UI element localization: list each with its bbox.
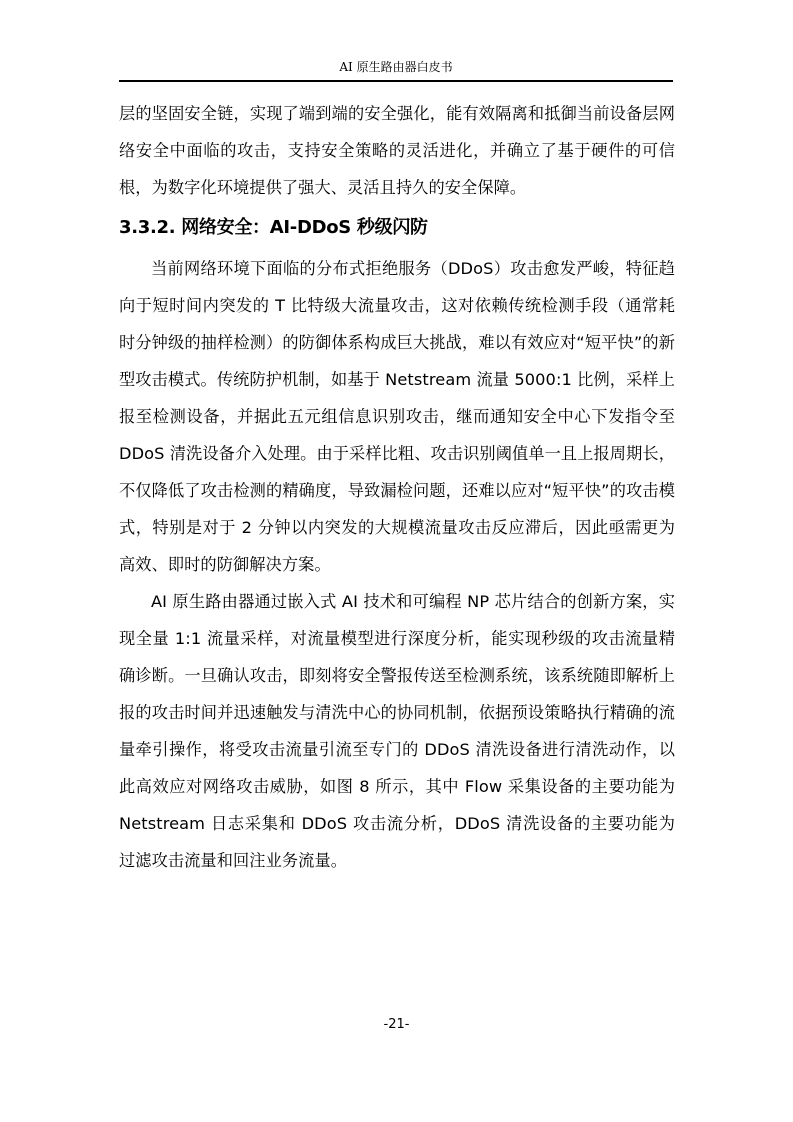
section-heading: 3.3.2. 网络安全：AI-DDoS 秒级闪防 [119,216,675,240]
running-header: AI 原生路由器白皮书 [119,58,673,76]
header-divider [119,80,673,82]
page-number: -21- [0,1017,793,1032]
paragraph-ai-router-solution: AI 原生路由器通过嵌入式 AI 技术和可编程 NP 芯片结合的创新方案，实现全… [119,583,675,879]
paragraph-ddos-background: 当前网络环境下面临的分布式拒绝服务（DDoS）攻击愈发严峻，特征趋向于短时间内突… [119,250,675,583]
continued-paragraph: 层的坚固安全链，实现了端到端的安全强化，能有效隔离和抵御当前设备层网络安全中面临… [119,95,675,206]
page-body: 层的坚固安全链，实现了端到端的安全强化，能有效隔离和抵御当前设备层网络安全中面临… [119,95,675,879]
